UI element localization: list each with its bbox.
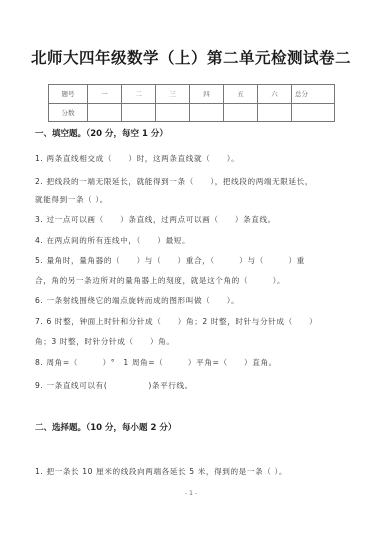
- score-cell: [122, 103, 156, 122]
- question-line: 6. 一条射线围绕它的端点旋转而成的图形叫做（ ）。: [35, 295, 239, 306]
- question-line: 就能得到一条（ ）。: [35, 194, 108, 205]
- question-line: 1. 把一条长 10 厘米的线段向两端各延长 5 米，得到的是一条（ ）。: [35, 466, 287, 477]
- score-cell: [258, 103, 292, 122]
- question-line: 4. 在两点间的所有连线中，（ ）最短。: [35, 235, 190, 246]
- score-cell: [190, 103, 224, 122]
- page-number: - 1 -: [0, 490, 382, 497]
- score-table: 题号 一 二 三 四 五 六 总分 分数: [48, 84, 335, 122]
- question-line: 1. 两条直线相交成（ ）时，这两条直线就（ ）。: [35, 153, 239, 164]
- score-cell: [292, 103, 335, 122]
- header-cell: 二: [122, 85, 156, 104]
- header-cell: 总分: [292, 85, 335, 104]
- header-cell: 六: [258, 85, 292, 104]
- section-heading-multiple-choice: 二、选择题。（10 分，每小题 2 分）: [35, 421, 176, 433]
- header-cell: 四: [190, 85, 224, 104]
- score-cell: [156, 103, 190, 122]
- question-line: 5. 量角时，量角器的（ ）与（ ）重合，（ ）与（ ）重: [35, 255, 305, 266]
- question-line: 8. 周角=（ ）° 1 周角=（ ）平角=（ ）直角。: [35, 357, 277, 368]
- score-table-score-row: 分数: [49, 103, 335, 122]
- page-title: 北师大四年级数学（上）第二单元检测试卷二: [0, 46, 382, 68]
- header-cell: 题号: [49, 85, 88, 104]
- score-label-cell: 分数: [49, 103, 88, 122]
- section-heading-fill-in: 一、填空题。（20 分，每空 1 分）: [35, 127, 168, 139]
- question-line: 合，角的另一条边所对的量角器上的刻度，就是这个角的（ ）。: [35, 275, 285, 286]
- header-cell: 五: [224, 85, 258, 104]
- score-cell: [224, 103, 258, 122]
- score-cell: [88, 103, 122, 122]
- score-table-header-row: 题号 一 二 三 四 五 六 总分: [49, 85, 335, 104]
- question-line: 角；3 时整，时针分针成（ ）角。: [35, 336, 175, 347]
- question-line: 9. 一条直线可以有( )条平行线。: [35, 380, 193, 391]
- question-line: 3. 过一点可以画（ ）条直线，过两点可以画（ ）条直线。: [35, 214, 276, 225]
- header-cell: 一: [88, 85, 122, 104]
- question-line: 2. 把线段的一端无限延长，就能得到一条（ ），把线段的两端无限延长，: [35, 176, 313, 187]
- question-line: 7. 6 时整，钟面上时针和分针成（ ）角；2 时整，时针与分针成（ ）: [35, 316, 317, 327]
- header-cell: 三: [156, 85, 190, 104]
